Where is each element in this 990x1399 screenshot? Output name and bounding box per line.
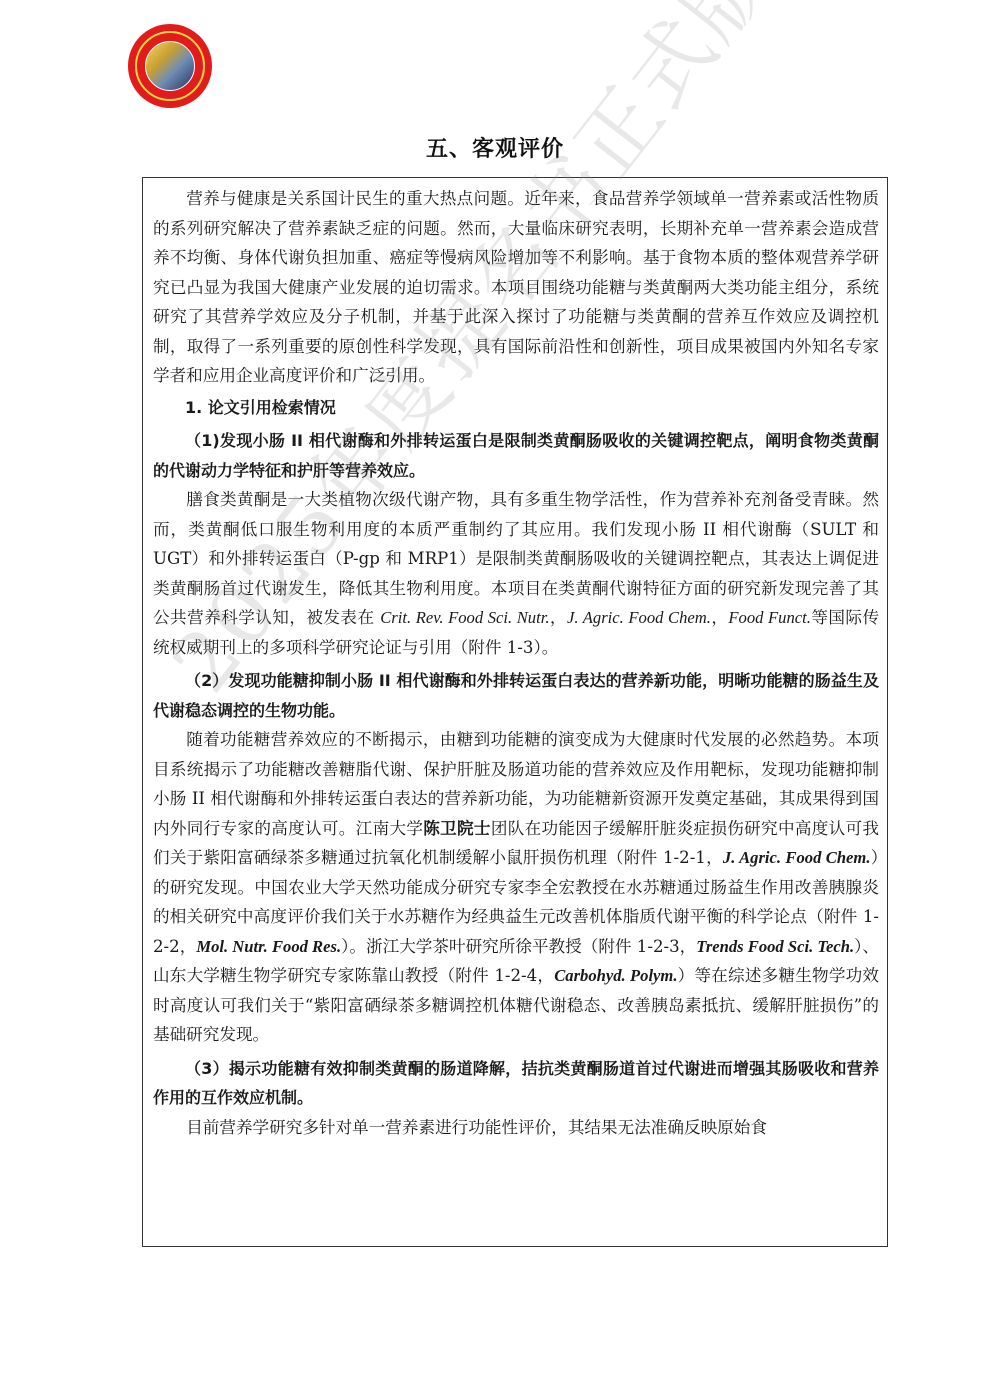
finding-2-paragraph: 随着功能糖营养效应的不断揭示，由糖到功能糖的演变成为大健康时代发展的必然趋势。本… — [153, 725, 879, 1050]
section-title: 五、客观评价 — [0, 132, 990, 163]
seal-logo-ring — [135, 31, 205, 101]
seal-logo-emblem — [145, 41, 195, 91]
finding-1-paragraph: 膳食类黄酮是一大类植物次级代谢产物，具有多重生物学活性，作为营养补充剂备受青睐。… — [153, 485, 879, 662]
finding-3-heading: （3）揭示功能糖有效抑制类黄酮的肠道降解，拮抗类黄酮肠道首过代谢进而增强其肠吸收… — [153, 1054, 879, 1113]
document-body: 营养与健康是关系国计民生的重大热点问题。近年来，食品营养学领域单一营养素或活性物… — [153, 184, 879, 1142]
intro-paragraph: 营养与健康是关系国计民生的重大热点问题。近年来，食品营养学领域单一营养素或活性物… — [153, 184, 879, 391]
journal-name: J. Agric. Food Chem. — [723, 848, 871, 867]
journal-name: Trends Food Sci. Tech. — [696, 937, 854, 956]
content-frame: 营养与健康是关系国计民生的重大热点问题。近年来，食品营养学领域单一营养素或活性物… — [142, 177, 888, 1247]
journal-name: J. Agric. Food Chem. — [567, 608, 711, 627]
section-heading-citations: 1. 论文引用检索情况 — [153, 393, 879, 423]
finding-2-text-d: ）。浙江大学茶叶研究所徐平教授（附件 1-2-3， — [341, 937, 696, 956]
finding-2-heading: （2）发现功能糖抑制小肠 II 相代谢酶和外排转运蛋白表达的营养新功能，明晰功能… — [153, 666, 879, 725]
journal-name: Food Funct. — [728, 608, 810, 627]
separator: ， — [711, 608, 729, 627]
separator: ， — [549, 608, 567, 627]
finding-1-text-a: 膳食类黄酮是一大类植物次级代谢产物，具有多重生物学活性，作为营养补充剂备受青睐。… — [153, 490, 879, 627]
expert-name-bold: 陈卫院士 — [423, 818, 491, 838]
journal-name: Mol. Nutr. Food Res. — [196, 937, 341, 956]
finding-3-paragraph: 目前营养学研究多针对单一营养素进行功能性评价，其结果无法准确反映原始食 — [153, 1113, 879, 1143]
seal-logo-icon — [128, 24, 212, 108]
finding-1-heading: （1)发现小肠 II 相代谢酶和外排转运蛋白是限制类黄酮肠吸收的关键调控靶点，阐… — [153, 426, 879, 485]
journal-name: Crit. Rev. Food Sci. Nutr. — [380, 608, 549, 627]
journal-name: Carbohyd. Polym. — [554, 966, 677, 985]
